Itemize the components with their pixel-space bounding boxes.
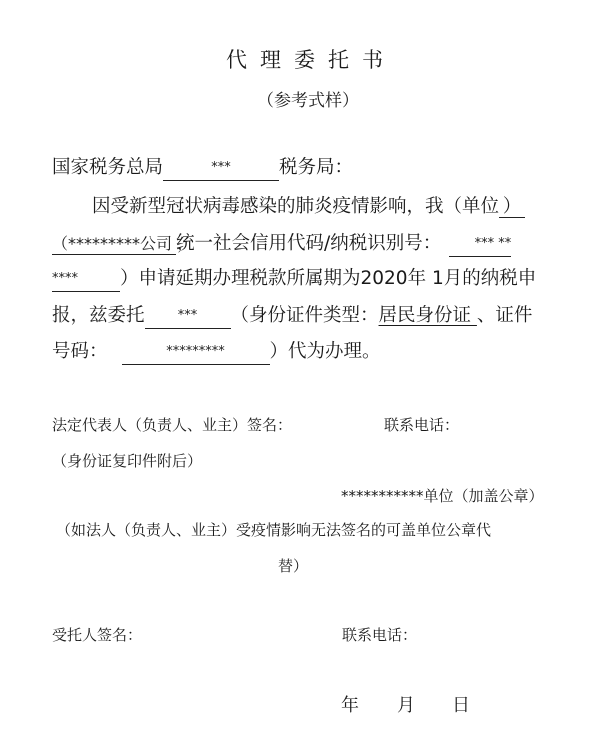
agent-signature-label: 受托人签名： [52,625,142,645]
document-title: 代理委托书 [0,44,612,74]
addressee-line: 国家税务总局***税务局： [52,156,353,181]
body-line-5-suffix: ）代为办理。 [270,341,381,362]
unit-blank-close: ） [503,196,522,217]
seal-note-line-1: （如法人（负责人、业主）受疫情影响无法签名的可盖单位公章代 [56,520,491,540]
credit-code-field-part2[interactable]: **** [52,269,120,292]
body-line-3-text: ）申请延期办理税款所属期为2020年 1月的纳税申 [120,268,536,289]
credit-code-field-part1[interactable]: *** ** [449,234,511,257]
id-type-label: （身份证件类型： [231,305,379,326]
id-number-field[interactable]: ********* [122,342,270,365]
unit-seal-label: ***********单位（加盖公章） [341,486,544,506]
agent-name-value: *** [178,308,198,323]
credit-code-value-part1: *** ** [475,236,512,251]
body-line-3: ****）申请延期办理税款所属期为2020年 1月的纳税申 [52,267,536,292]
seal-note-line-2: 替） [278,556,308,576]
unit-blank-field[interactable]: ） [499,197,525,218]
agent-phone-label: 联系电话： [342,625,417,645]
addressee-suffix: 税务局： [279,157,353,178]
date-year-label: 年 [341,691,359,717]
id-copy-note: （身份证复印件附后） [52,451,202,471]
credit-code-value-part2: **** [52,271,78,286]
date-day-label: 日 [452,691,470,717]
legal-rep-phone-label: 联系电话： [384,415,459,435]
id-number-value: ********* [166,344,225,359]
company-name-field[interactable]: （*********公司 ， [52,234,176,255]
date-month-label: 月 [397,691,415,717]
tax-bureau-value: *** [211,160,231,175]
body-line-2: （*********公司 ，统一社会信用代码/纳税识别号：*** ** [52,232,511,257]
body-line-5-prefix: 号码： [52,341,108,362]
body-line-4: 报，兹委托***（身份证件类型：居民身份证 、证件 [52,304,532,329]
company-name-value: （*********公司 ， [52,234,193,253]
credit-code-label: 统一社会信用代码/纳税识别号： [176,233,441,254]
body-line-1: 因受新型冠状病毒感染的肺炎疫情影响，我（单位） [92,195,525,219]
document-subtitle: （参考式样） [0,86,612,111]
addressee-prefix: 国家税务总局 [52,157,163,178]
body-line-4-prefix: 报，兹委托 [52,305,145,326]
body-line-1-text: 因受新型冠状病毒感染的肺炎疫情影响，我（单位 [92,196,499,217]
legal-rep-signature-label: 法定代表人（负责人、业主）签名： [52,415,292,435]
agent-name-field[interactable]: *** [145,306,231,329]
body-line-4-suffix: 、证件 [477,305,533,326]
id-type-value[interactable]: 居民身份证 [379,305,477,326]
tax-bureau-field[interactable]: *** [163,158,279,181]
body-line-5: 号码：*********）代为办理。 [52,340,381,365]
